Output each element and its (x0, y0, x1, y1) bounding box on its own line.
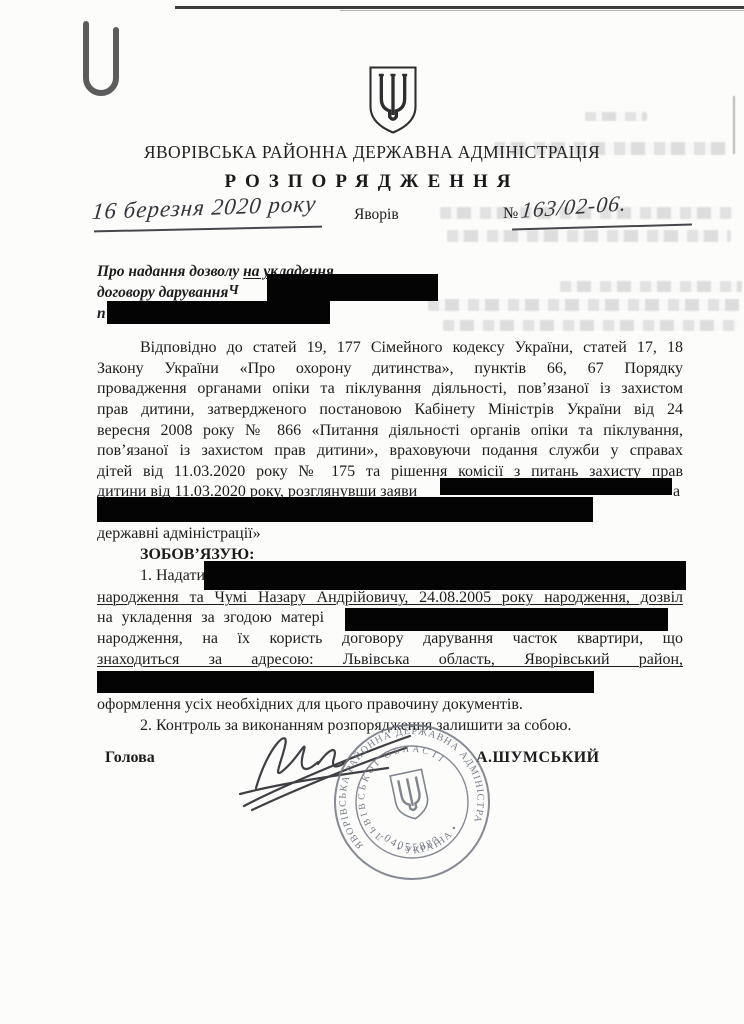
paperclip-icon (78, 20, 124, 112)
date-underline (94, 226, 322, 233)
stamp-trident-icon (390, 769, 431, 822)
redaction-bar (440, 478, 672, 495)
place-name: Яворів (354, 206, 399, 224)
subject-line3-cutoff-letter: п (97, 305, 106, 322)
scan-edge-line-faint (340, 10, 744, 11)
ukraine-trident-emblem-icon (368, 65, 418, 135)
body-line: вересня 2008 року № 866 «Питання діяльно… (97, 420, 683, 441)
subject-line2-text: договору дарування (97, 284, 228, 301)
scan-edge-mark (733, 96, 735, 154)
redaction-bar (107, 301, 330, 324)
item1-line: народження та Чумі Назару Андрійовичу, 2… (97, 587, 683, 608)
redaction-bar (204, 561, 686, 590)
body-line: Відповідно до статей 19, 177 Сімейного к… (97, 337, 683, 358)
body-line: Закону України «Про охорону дитинства», … (97, 358, 683, 379)
subject-line2-cutoff-letter: Ч (228, 283, 238, 298)
bleedthrough-text-artifact (585, 112, 647, 121)
item1-line: оформлення усіх необхідних для цього пра… (97, 694, 683, 715)
body-line: державні адміністрації» (97, 523, 683, 544)
subject-line-3: п (97, 303, 106, 324)
bleedthrough-text-artifact (447, 230, 731, 242)
organization-name: ЯВОРІВСЬКА РАЙОННА ДЕРЖАВНА АДМІНІСТРАЦІ… (40, 142, 704, 163)
body-line: пов’язаної із захистом прав дитини», вра… (97, 440, 683, 461)
body-line: прав дитини, затвердженого постановою Ка… (97, 399, 683, 420)
bleedthrough-text-artifact (443, 320, 737, 331)
scan-edge-line (175, 6, 744, 9)
subject-line1-text: Про надання дозволу (97, 263, 243, 280)
bleedthrough-text-artifact (560, 281, 742, 292)
redaction-bar (97, 671, 594, 693)
signer-title: Голова (105, 749, 155, 767)
item1-line-underlined: знаходиться за адресою: Львівська област… (97, 649, 683, 670)
body-cutoff-letter: а (673, 481, 680, 502)
item1-line: народження, на їх користь договору дарув… (97, 628, 683, 649)
bleedthrough-text-artifact (428, 299, 740, 311)
document-type-title: РОЗПОРЯДЖЕННЯ (40, 171, 704, 193)
official-round-stamp: ЯВОРІВСЬКА РАЙОННА ДЕРЖАВНА АДМІНІСТРАЦІ… (315, 705, 510, 900)
handwritten-date: 16 березня 2020 року (91, 191, 318, 225)
signer-name: А.ШУМСЬКИЙ (476, 749, 600, 767)
redaction-bar (97, 497, 593, 522)
body-line: провадження органами опіки та піклування… (97, 378, 683, 399)
redaction-bar (267, 274, 438, 301)
number-sign: № (503, 205, 518, 223)
scanned-document-page: ЯВОРІВСЬКА РАЙОННА ДЕРЖАВНА АДМІНІСТРАЦІ… (0, 0, 744, 1024)
